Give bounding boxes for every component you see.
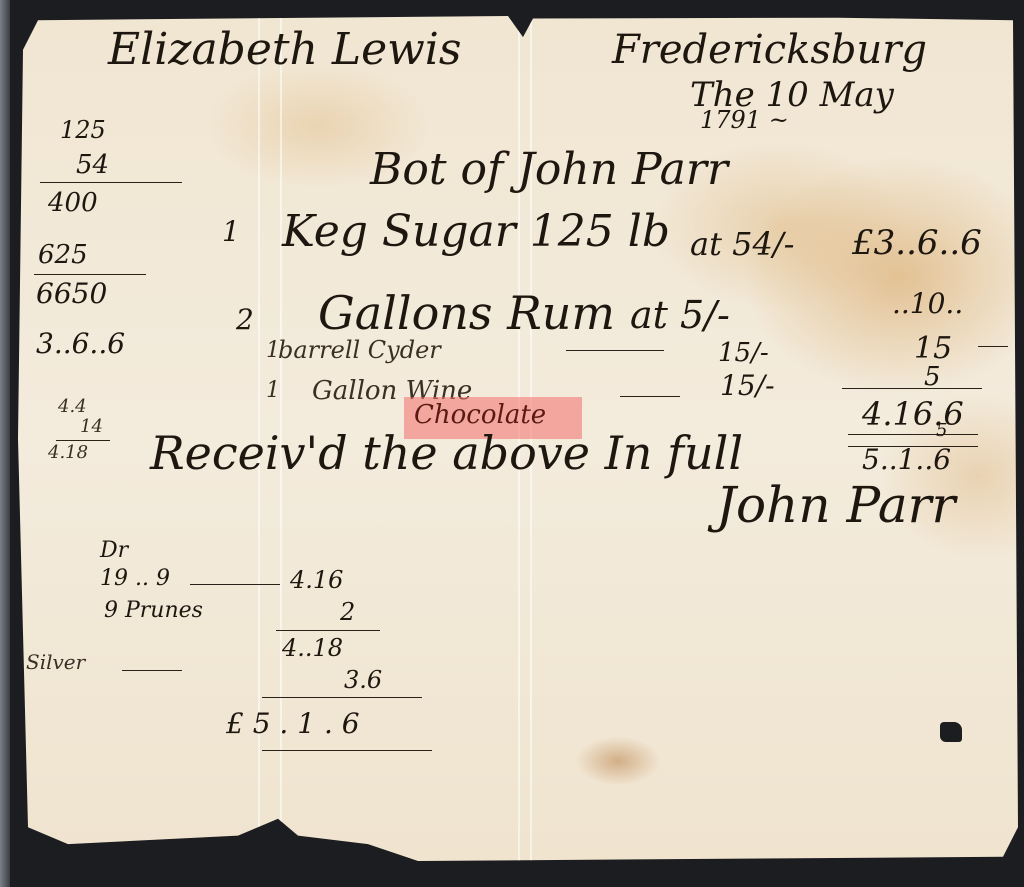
subtotal: 4.16.6 <box>862 398 964 430</box>
signature: John Parr <box>716 480 955 530</box>
paper-hole-damage <box>940 722 962 742</box>
account-row-value: 4..18 <box>282 636 343 660</box>
item-qty: 1 <box>266 380 280 402</box>
account-row-label: 19 .. 9 <box>100 568 170 590</box>
sum-rule <box>276 630 380 631</box>
calc-rule <box>40 182 182 183</box>
dash-line <box>190 584 280 585</box>
date-line-2: 1791 ~ <box>700 108 789 132</box>
account-row-value: 2 <box>340 600 355 624</box>
receipt-title: Bot of John Parr <box>370 148 728 192</box>
calc-value: 54 <box>76 152 109 178</box>
item-description: Gallons Rum <box>318 290 615 336</box>
item-rate: 15/- <box>718 340 769 366</box>
total-amount: 5..1..6 <box>862 446 951 474</box>
item-qty: 2 <box>236 306 254 334</box>
item-rate: at 54/- <box>690 228 794 260</box>
calc-rule <box>56 440 110 441</box>
item-description: Keg Sugar 125 lb <box>282 210 670 254</box>
dash-line <box>566 350 664 351</box>
item-amount: 5 <box>924 364 941 390</box>
sum-rule <box>842 388 982 389</box>
item-rate: at 5/- <box>630 296 730 334</box>
calc-value: 14 <box>80 418 103 436</box>
calc-value: 625 <box>38 242 88 268</box>
account-row-value: 4.16 <box>290 568 343 592</box>
account-heading: Dr <box>100 540 128 562</box>
dash-line <box>978 346 1008 347</box>
item-amount: £3..6..6 <box>852 226 982 260</box>
account-row-label: Silver <box>26 652 85 672</box>
item-description: barrell Cyder <box>278 338 441 362</box>
dash-line <box>620 396 680 397</box>
extra-amount: 5 <box>936 422 947 440</box>
calc-value: 125 <box>60 118 106 142</box>
sum-rule <box>848 434 978 435</box>
item-qty: 1 <box>222 218 240 246</box>
item-amount: 15 <box>914 334 952 364</box>
place-name: Fredericksburg <box>612 30 927 70</box>
calc-value: 6650 <box>36 280 107 308</box>
account-total: £ 5 . 1 . 6 <box>226 710 360 738</box>
calc-rule <box>34 274 146 275</box>
calc-value: 4.18 <box>48 444 88 462</box>
item-amount: ..10.. <box>892 290 963 318</box>
item-rate: 15/- <box>720 372 775 400</box>
calc-value: 400 <box>48 190 98 216</box>
highlighted-annotation-text: Chocolate <box>414 402 546 428</box>
calc-value: 3..6..6 <box>36 330 125 358</box>
sum-rule <box>262 750 432 751</box>
account-row-label: 9 Prunes <box>104 600 203 622</box>
account-row-value: 3.6 <box>344 668 382 692</box>
customer-name: Elizabeth Lewis <box>108 28 461 72</box>
dash-line <box>122 670 182 671</box>
calc-value: 4.4 <box>58 398 87 416</box>
sum-rule <box>262 697 422 698</box>
received-statement: Receiv'd the above In full <box>150 430 743 476</box>
scanner-frame-edge <box>0 0 10 887</box>
